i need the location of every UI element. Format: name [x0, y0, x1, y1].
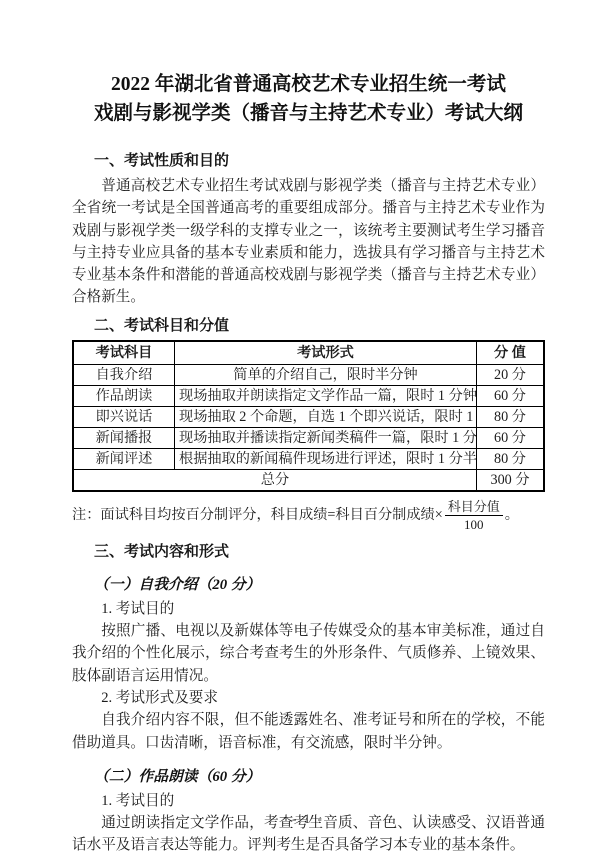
column-header-score: 分 值 — [477, 341, 545, 365]
subsection-1-item-1-text: 按照广播、电视以及新媒体等电子传媒受众的基本审美标准，通过自我介绍的个性化展示，… — [72, 620, 545, 687]
cell-subject: 即兴说话 — [73, 406, 175, 427]
table-header-row: 考试科目 考试形式 分 值 — [73, 341, 544, 365]
fraction-denominator: 100 — [464, 516, 484, 532]
document-page: 2022 年湖北省普通高校艺术专业招生统一考试 戏剧与影视学类（播音与主持艺术专… — [0, 0, 616, 855]
scoring-note-text: 注：面试科目均按百分制评分，科目成绩=科目百分制成绩× — [72, 507, 443, 524]
exam-subjects-table: 考试科目 考试形式 分 值 自我介绍 简单的介绍自己，限时半分钟 20 分 作品… — [72, 340, 545, 492]
subsection-2-heading: （二）作品朗读（60 分） — [72, 766, 545, 788]
document-title-line2: 戏剧与影视学类（播音与主持艺术专业）考试大纲 — [72, 99, 545, 128]
table-row: 新闻评述 根据抽取的新闻稿件现场进行评述，限时 1 分半钟 80 分 — [73, 448, 544, 469]
section-3-heading: 三、考试内容和形式 — [72, 541, 545, 562]
table-row: 即兴说话 现场抽取 2 个命题，自选 1 个即兴说话，限时 1 分钟 80 分 — [73, 406, 544, 427]
cell-subject: 新闻播报 — [73, 427, 175, 448]
subsection-1-item-1-label: 1. 考试目的 — [72, 598, 545, 620]
subsection-1-item-2-text: 自我介绍内容不限，但不能透露姓名、准考证号和所在的学校，不能借助道具。口齿清晰，… — [72, 709, 545, 754]
table-total-row: 总分 300 分 — [73, 469, 544, 491]
table-row: 新闻播报 现场抽取并播读指定新闻类稿件一篇，限时 1 分钟 60 分 — [73, 427, 544, 448]
subsection-2-item-1-label: 1. 考试目的 — [72, 790, 545, 812]
table-row: 自我介绍 简单的介绍自己，限时半分钟 20 分 — [73, 364, 544, 385]
section-1-paragraph: 普通高校艺术专业招生考试戏剧与影视学类（播音与主持艺术专业）全省统一考试是全国普… — [72, 175, 545, 309]
cell-format: 简单的介绍自己，限时半分钟 — [175, 364, 477, 385]
cell-score: 20 分 — [477, 364, 545, 385]
score-fraction: 科目分值 100 — [445, 499, 503, 532]
cell-subject: 自我介绍 — [73, 364, 175, 385]
scoring-note: 注：面试科目均按百分制评分，科目成绩=科目百分制成绩× 科目分值 100 。 — [72, 499, 545, 532]
cell-score: 60 分 — [477, 427, 545, 448]
document-title: 2022 年湖北省普通高校艺术专业招生统一考试 戏剧与影视学类（播音与主持艺术专… — [72, 70, 545, 128]
scoring-note-suffix: 。 — [505, 507, 519, 524]
cell-subject: 作品朗读 — [73, 385, 175, 406]
cell-format: 现场抽取并播读指定新闻类稿件一篇，限时 1 分钟 — [175, 427, 477, 448]
cell-score: 80 分 — [477, 406, 545, 427]
cell-score: 60 分 — [477, 385, 545, 406]
subsection-1-item-2-label: 2. 考试形式及要求 — [72, 687, 545, 709]
column-header-format: 考试形式 — [175, 341, 477, 365]
document-title-line1: 2022 年湖北省普通高校艺术专业招生统一考试 — [72, 70, 545, 99]
cell-format: 现场抽取并朗读指定文学作品一篇，限时 1 分钟 — [175, 385, 477, 406]
total-score-cell: 300 分 — [477, 469, 545, 491]
cell-score: 80 分 — [477, 448, 545, 469]
section-1-heading: 一、考试性质和目的 — [72, 150, 545, 171]
cell-format: 根据抽取的新闻稿件现场进行评述，限时 1 分半钟 — [175, 448, 477, 469]
cell-format: 现场抽取 2 个命题，自选 1 个即兴说话，限时 1 分钟 — [175, 406, 477, 427]
page-number: - 1 - — [0, 811, 616, 827]
subsection-1-heading: （一）自我介绍（20 分） — [72, 574, 545, 596]
total-label-cell: 总分 — [73, 469, 477, 491]
section-2-heading: 二、考试科目和分值 — [72, 315, 545, 336]
cell-subject: 新闻评述 — [73, 448, 175, 469]
column-header-subject: 考试科目 — [73, 341, 175, 365]
fraction-numerator: 科目分值 — [445, 499, 503, 516]
table-row: 作品朗读 现场抽取并朗读指定文学作品一篇，限时 1 分钟 60 分 — [73, 385, 544, 406]
